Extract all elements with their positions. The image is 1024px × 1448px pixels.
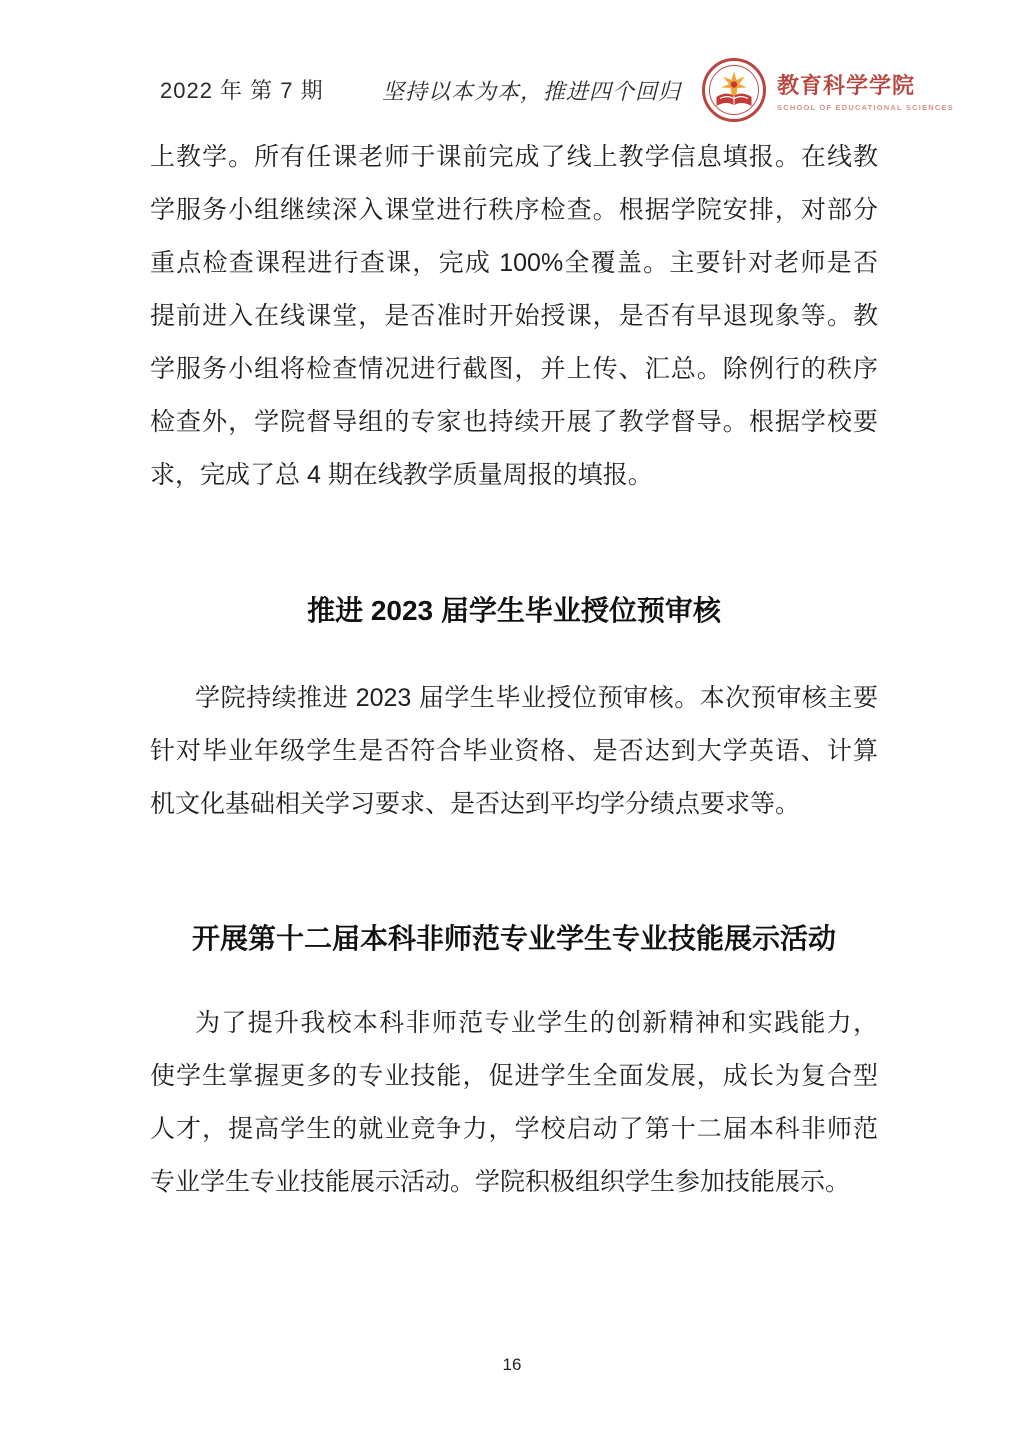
- body-line: 人才，提高学生的就业竞争力，学校启动了第十二届本科非师范: [150, 1103, 878, 1156]
- body-line: 机文化基础相关学习要求、是否达到平均学分绩点要求等。: [150, 778, 878, 831]
- school-logo: 教育科学学院 SCHOOL OF EDUCATIONAL SCIENCES: [700, 56, 954, 124]
- body-line: 专业学生专业技能展示活动。学院积极组织学生参加技能展示。: [150, 1156, 878, 1209]
- paragraph-online-teaching: 上教学。所有任课老师于课前完成了线上教学信息填报。在线教 学服务小组继续深入课堂…: [150, 131, 878, 502]
- body-line: 求，完成了总 4 期在线教学质量周报的填报。: [150, 449, 878, 502]
- body-line: 学院持续推进 2023 届学生毕业授位预审核。本次预审核主要: [150, 672, 878, 725]
- header-motto: 坚持以本为本，推进四个回归: [382, 75, 681, 106]
- paragraph-graduation-review: 学院持续推进 2023 届学生毕业授位预审核。本次预审核主要 针对毕业年级学生是…: [150, 672, 878, 831]
- page-number: 16: [0, 1355, 1024, 1375]
- body-line: 学服务小组将检查情况进行截图，并上传、汇总。除例行的秩序: [150, 343, 878, 396]
- school-name-english: SCHOOL OF EDUCATIONAL SCIENCES: [777, 103, 954, 112]
- school-seal-icon: [700, 56, 768, 124]
- body-line: 重点检查课程进行查课，完成 100%全覆盖。主要针对老师是否: [150, 237, 878, 290]
- section-heading-skills-exhibition: 开展第十二届本科非师范专业学生专业技能展示活动: [150, 912, 878, 965]
- body-line: 学服务小组继续深入课堂进行秩序检查。根据学院安排，对部分: [150, 184, 878, 237]
- body-line: 为了提升我校本科非师范专业学生的创新精神和实践能力，: [150, 997, 878, 1050]
- school-logo-text: 教育科学学院 SCHOOL OF EDUCATIONAL SCIENCES: [777, 69, 954, 112]
- school-name-chinese: 教育科学学院: [777, 69, 954, 100]
- body-line: 检查外，学院督导组的专家也持续开展了教学督导。根据学校要: [150, 396, 878, 449]
- body-line: 提前进入在线课堂，是否准时开始授课，是否有早退现象等。教: [150, 290, 878, 343]
- body-line: 上教学。所有任课老师于课前完成了线上教学信息填报。在线教: [150, 131, 878, 184]
- body-line: 针对毕业年级学生是否符合毕业资格、是否达到大学英语、计算: [150, 725, 878, 778]
- paragraph-skills-exhibition: 为了提升我校本科非师范专业学生的创新精神和实践能力， 使学生掌握更多的专业技能，…: [150, 997, 878, 1209]
- header-issue-label: 2022 年 第 7 期: [160, 74, 324, 105]
- document-page: 2022 年 第 7 期 坚持以本为本，推进四个回归 教育科学学院 SCHOOL…: [0, 0, 1024, 1448]
- section-heading-graduation-review: 推进 2023 届学生毕业授位预审核: [150, 584, 878, 637]
- body-line: 使学生掌握更多的专业技能，促进学生全面发展，成长为复合型: [150, 1050, 878, 1103]
